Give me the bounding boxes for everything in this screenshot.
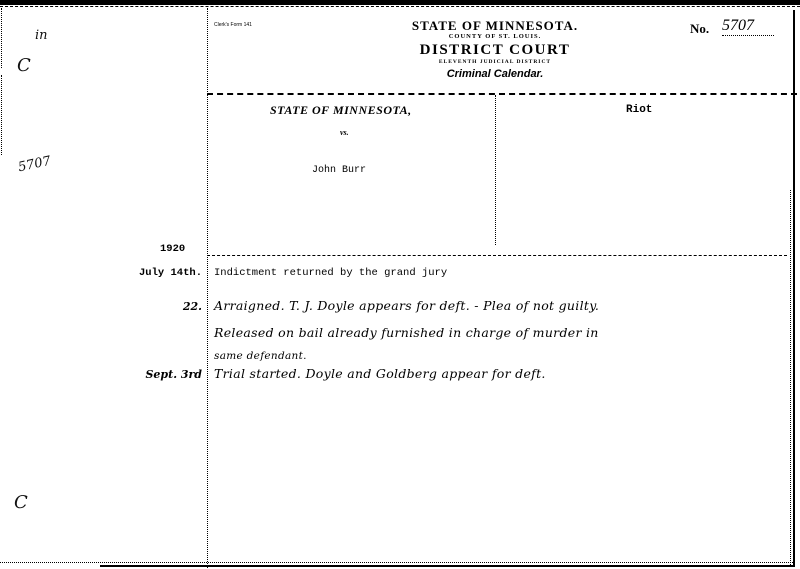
header-divider — [207, 93, 797, 95]
entry-text: same defendant. — [214, 350, 307, 362]
header-county: COUNTY OF ST. LOUIS. — [380, 33, 610, 40]
header-state: STATE OF MINNESOTA. — [380, 18, 610, 34]
margin-note: C — [14, 492, 28, 513]
entry-text: Trial started. Doyle and Goldberg appear… — [214, 366, 546, 381]
card-top-rule — [0, 6, 800, 7]
case-number: 5707 — [722, 17, 774, 36]
margin-note-case-number: 5707 — [17, 154, 52, 176]
calendar-year: 1920 — [160, 243, 185, 255]
entry-text: Indictment returned by the grand jury — [214, 267, 447, 279]
entry-date: 22. — [122, 300, 202, 313]
entry-text: Arraigned. T. J. Doyle appears for deft.… — [214, 298, 599, 313]
caption-defendant: John Burr — [312, 165, 366, 176]
card-top-edge — [0, 0, 800, 5]
margin-note: C — [17, 55, 31, 76]
clerk-form-label: Clerk's Form 141 — [214, 22, 252, 28]
date-column-divider — [207, 8, 208, 568]
header-court: DISTRICT COURT — [380, 42, 610, 59]
caption-versus: vs. — [340, 128, 349, 137]
card-left-edge — [1, 8, 2, 68]
header-district: ELEVENTH JUDICIAL DISTRICT — [380, 59, 610, 65]
card-left-edge — [1, 75, 2, 155]
caption-divider — [207, 255, 787, 256]
charge-column-divider — [495, 95, 496, 245]
entry-date: July 14th. — [122, 267, 202, 279]
header-calendar: Criminal Calendar. — [380, 68, 610, 80]
charge: Riot — [626, 104, 652, 116]
card-bottom-rule — [0, 562, 795, 563]
case-number-label: No. — [690, 21, 709, 37]
caption-plaintiff: STATE OF MINNESOTA, — [270, 103, 412, 118]
card-bottom-edge — [100, 565, 795, 567]
margin-note: in — [35, 28, 48, 43]
card-right-rule — [790, 190, 791, 565]
entry-date: Sept. 3rd — [122, 368, 202, 381]
entry-text: Released on bail already furnished in ch… — [214, 325, 599, 340]
